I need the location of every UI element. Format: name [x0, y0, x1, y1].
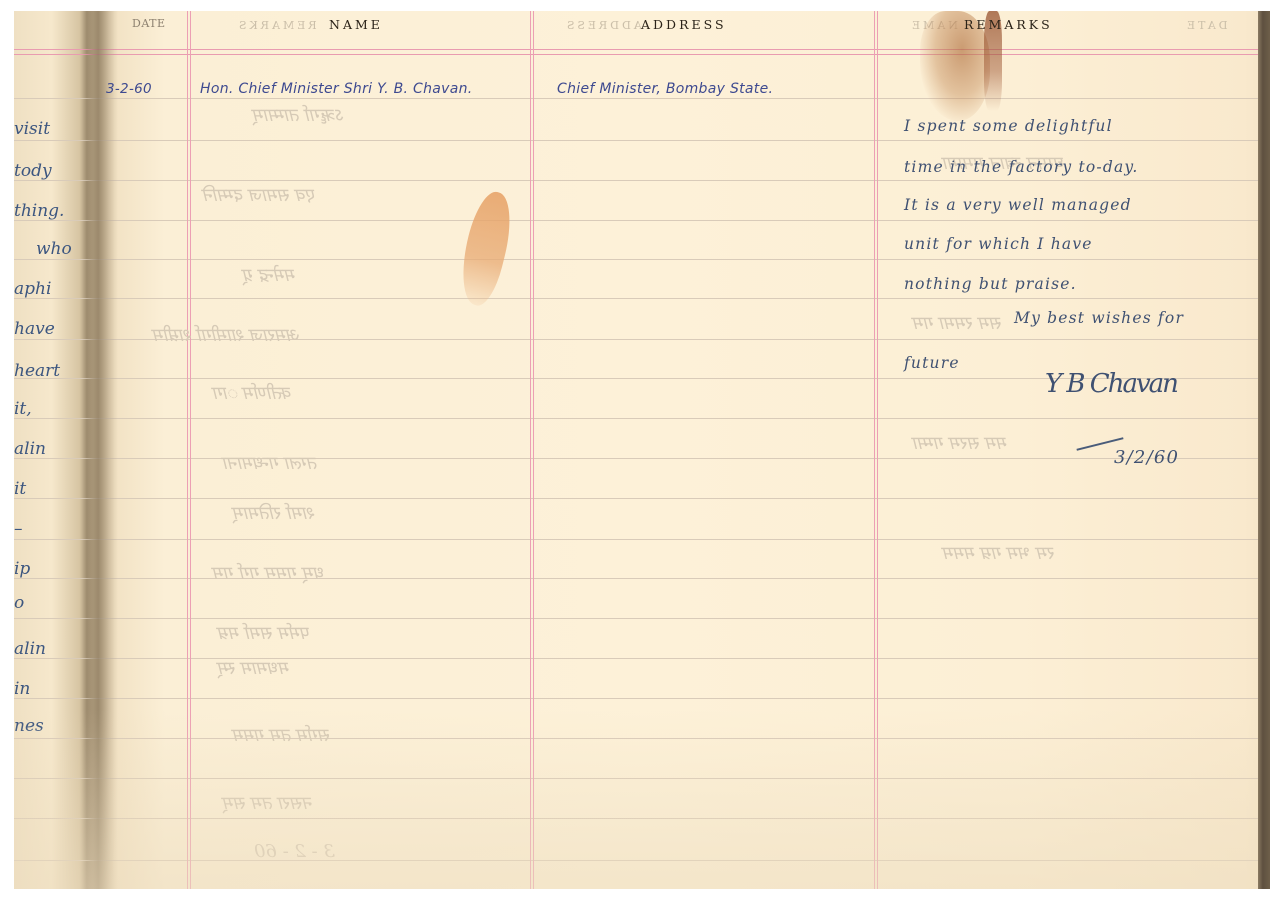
- header-remarks: REMARKS: [964, 17, 1053, 32]
- facing-page-text: in: [14, 679, 30, 699]
- bleed-through-script: ममेन्द्र ग्र्: [244, 263, 297, 287]
- ruled-line: [14, 298, 1258, 299]
- bleed-through-script: मम सरम गम्मा: [914, 431, 1008, 455]
- bleed-through-script: एव समाज दम्मनि: [204, 183, 317, 207]
- remark-line: I spent some delightful: [904, 117, 1113, 135]
- ruled-line: [14, 180, 1258, 181]
- ruled-line: [14, 818, 1258, 819]
- ruled-line: [14, 140, 1258, 141]
- facing-page-text: –: [14, 519, 23, 539]
- ruled-line: [14, 738, 1258, 739]
- remark-line: future: [904, 354, 960, 372]
- bleed-through-script: नसरा तम सम्: [224, 791, 314, 815]
- ruled-line: [14, 618, 1258, 619]
- facing-page-text: who: [36, 239, 72, 259]
- facing-page-text: aphi: [14, 279, 51, 299]
- bleed-through-script: अमराज शामीर्गा शम्रीम: [154, 323, 301, 347]
- header-address: ADDRESS: [641, 17, 727, 32]
- bleed-through-script: धम् गमम गर्ग गम: [214, 561, 326, 585]
- facing-page-text: visit: [14, 119, 50, 139]
- remark-line: time in the factory to-day.: [904, 158, 1138, 176]
- bleed-through-script: मधमाम स्म्: [219, 656, 291, 680]
- facing-page-text: it: [14, 479, 26, 499]
- ruled-line: [14, 498, 1258, 499]
- ruled-line: [14, 658, 1258, 659]
- facing-page-text: nes: [14, 716, 44, 736]
- facing-page-text: have: [14, 319, 55, 339]
- column-rule-date-name: [187, 11, 191, 889]
- facing-page-text: ip: [14, 559, 30, 579]
- bleed-through-script: 3 - 2 - 60: [254, 841, 335, 862]
- entry-name: Hon. Chief Minister Shri Y. B. Chavan.: [200, 81, 473, 97]
- facing-page-text: it,: [14, 399, 32, 419]
- remark-line: My best wishes for: [1014, 309, 1184, 327]
- facing-page-text: o: [14, 593, 24, 613]
- remark-line: It is a very well managed: [904, 196, 1132, 214]
- header-double-rule: [14, 49, 1258, 55]
- bleed-through-script: सर्गम तम गमम: [234, 723, 331, 747]
- facing-page-text: heart: [14, 361, 60, 381]
- ruled-line: [14, 578, 1258, 579]
- entry-address: Chief Minister, Bombay State.: [557, 81, 773, 97]
- ruled-line: [14, 860, 1258, 861]
- entry-date: 3-2-60: [106, 81, 152, 97]
- remark-line: nothing but praise.: [904, 275, 1077, 293]
- signature-date: 3/2/60: [1114, 447, 1179, 468]
- ruled-line: [14, 220, 1258, 221]
- signature: Y B Chavan: [1045, 369, 1177, 399]
- ruled-line: [14, 539, 1258, 540]
- ruled-line: [14, 418, 1258, 419]
- bleed-through-script: तग्ला गन्धमाना: [224, 451, 318, 475]
- orange-smear: [453, 188, 520, 309]
- bleed-through-script: ऽॠर्गा ताम्माम्: [254, 103, 345, 127]
- bleed-through-script: शर्मा रतिमाम्: [234, 501, 316, 525]
- register-page: REMARKS ADDRESS NAME DATE ऽॠर्गा ताम्माम…: [14, 11, 1270, 889]
- bleed-through-script: सम रममा गम: [914, 311, 1003, 335]
- bleed-through-script: क्तीर्णम ाग: [214, 381, 293, 405]
- ruled-line: [14, 98, 1258, 99]
- facing-page-text: alin: [14, 439, 46, 459]
- ruled-line: [14, 778, 1258, 779]
- book-spine-shadow: [82, 11, 118, 889]
- bleed-through-script: पर्मम सर्मा मम्र: [219, 621, 311, 645]
- bleed-through-header: ADDRESS: [564, 19, 642, 32]
- header-name: NAME: [329, 17, 383, 32]
- ruled-line: [14, 698, 1258, 699]
- ruled-line: [14, 259, 1258, 260]
- bleed-through-header: REMARKS: [236, 19, 317, 32]
- facing-page-text: alin: [14, 639, 46, 659]
- facing-page-text: thing.: [14, 201, 64, 221]
- column-rule-name-address: [530, 11, 534, 889]
- ruled-line: [14, 458, 1258, 459]
- remark-line: unit for which I have: [904, 235, 1093, 253]
- column-rule-address-remarks: [874, 11, 878, 889]
- header-date: DATE: [132, 17, 166, 30]
- bleed-through-script: रम भम गम्र ममम: [944, 541, 1056, 565]
- page-shading: [14, 709, 1270, 889]
- bleed-through-header: DATE: [1184, 19, 1228, 32]
- facing-page-text: tody: [14, 161, 52, 181]
- page-right-edge: [1258, 11, 1270, 889]
